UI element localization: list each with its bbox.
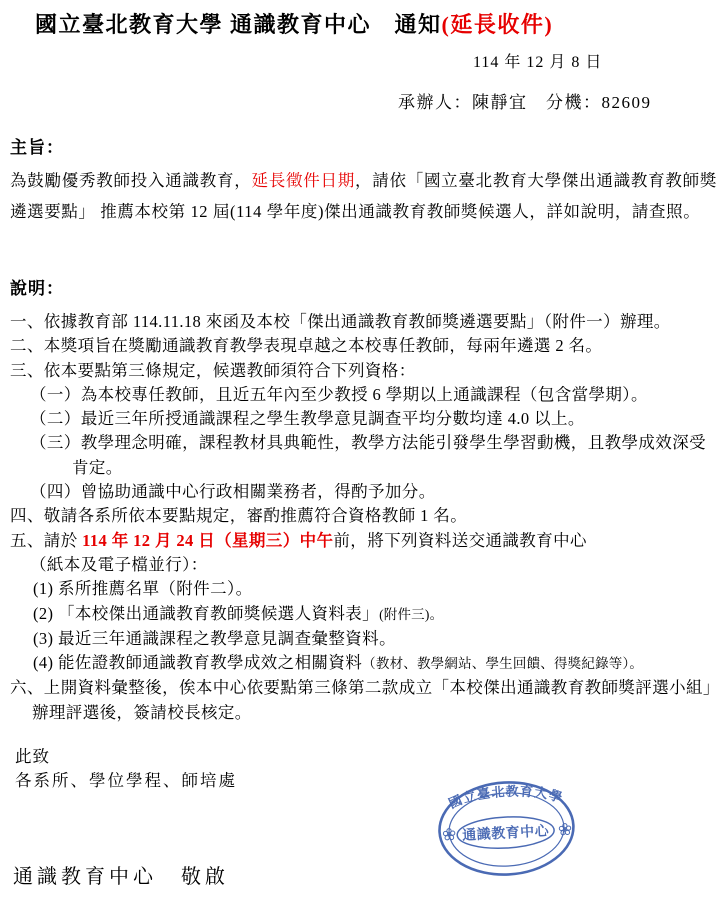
item5-sub4-examples-note: （教材、教學網站、學生回饋、得獎紀錄等）。: [362, 656, 643, 671]
list-item-5-sub-3: (3) 最近三年通識課程之教學意見調查彙整資料。: [10, 627, 719, 651]
item5-sub2-attachment-note: (附件三)。: [379, 607, 443, 622]
plum-blossom-icon-right: [559, 823, 571, 835]
item5-deadline-highlight: 114 年 12 月 24 日（星期三）中午: [82, 531, 333, 550]
item5-sub4-text: (4) 能佐證教師通識教育教學成效之相關資料: [33, 653, 362, 672]
title-extension-note: (延長收件): [442, 12, 554, 37]
list-item-5: 五、請於 114 年 12 月 24 日（星期三）中午前，將下列資料送交通識教育…: [10, 529, 719, 553]
list-item-1: 一、依據教育部 114.11.18 來函及本校「傑出通識教育教師獎遴選要點」（附…: [10, 310, 719, 334]
stamp-center-name: 通識教育中心: [462, 822, 550, 844]
item5-sub2-text: (2) 「本校傑出通識教育教師獎候選人資料表」: [33, 604, 379, 623]
list-item-2: 二、本獎項旨在獎勵通識教育教學表現卓越之本校專任教師，每兩年遴選 2 名。: [10, 334, 719, 358]
list-item-3-sub-2: （二）最近三年所授通識課程之學生教學意見調查平均分數均達 4.0 以上。: [10, 407, 719, 431]
subject-paragraph: 為鼓勵優秀教師投入通識教育，延長徵件日期，請依「國立臺北教育大學傑出通識教育教師…: [10, 166, 717, 227]
list-item-6: 六、上開資料彙整後，俟本中心依要點第三條第二款成立「本校傑出通識教育教師獎評選小…: [10, 676, 719, 725]
closing-salute: 此致: [15, 743, 50, 767]
subject-text-pre: 為鼓勵優秀教師投入通識教育，: [10, 171, 251, 190]
subject-extended-deadline-highlight: 延長徵件日期: [251, 171, 354, 190]
page-title: 國立臺北教育大學 通識教育中心 通知(延長收件): [35, 8, 553, 39]
contact-line: 承辦人：陳靜宜 分機：82609: [398, 88, 652, 113]
closing-signature: 通識教育中心 敬啟: [13, 860, 229, 889]
closing-recipients: 各系所、學位學程、師培處: [15, 767, 237, 791]
item5-text-pre: 五、請於: [10, 531, 82, 550]
list-item-5-sub-2: (2) 「本校傑出通識教育教師獎候選人資料表」(附件三)。: [10, 602, 719, 627]
list-item-3-sub-3: （三）教學理念明確，課程教材具典範性，教學方法能引發學生學習動機，且教學成效深受…: [10, 431, 719, 480]
title-text: 國立臺北教育大學 通識教育中心 通知: [35, 12, 442, 37]
list-item-5-sub-1: (1) 系所推薦名單（附件二）。: [10, 577, 719, 601]
list-item-3-sub-4: （四）曾協助通識中心行政相關業務者，得酌予加分。: [10, 480, 719, 504]
list-item-3: 三、依本要點第三條規定，候選教師須符合下列資格：: [10, 359, 719, 383]
list-item-3-sub-1: （一）為本校專任教師，且近五年內至少教授 6 學期以上通識課程（包含當學期）。: [10, 383, 719, 407]
item5-text-post: 前，將下列資料送交通識教育中心: [333, 531, 587, 550]
subject-label: 主旨：: [10, 133, 64, 158]
list-item-5-sub-4: (4) 能佐證教師通識教育教學成效之相關資料（教材、教學網站、學生回饋、得獎紀錄…: [10, 651, 719, 676]
document-date: 114 年 12 月 8 日: [473, 49, 602, 72]
explanation-list: 一、依據教育部 114.11.18 來函及本校「傑出通識教育教師獎遴選要點」（附…: [10, 310, 719, 725]
list-item-4: 四、敬請各系所依本要點規定，審酌推薦符合資格教師 1 名。: [10, 504, 719, 528]
official-stamp: 國立臺北教育大學 通識教育中心: [433, 775, 580, 883]
explanation-label: 說明：: [10, 274, 64, 299]
list-item-5-continuation: （紙本及電子檔並行）：: [10, 553, 719, 577]
